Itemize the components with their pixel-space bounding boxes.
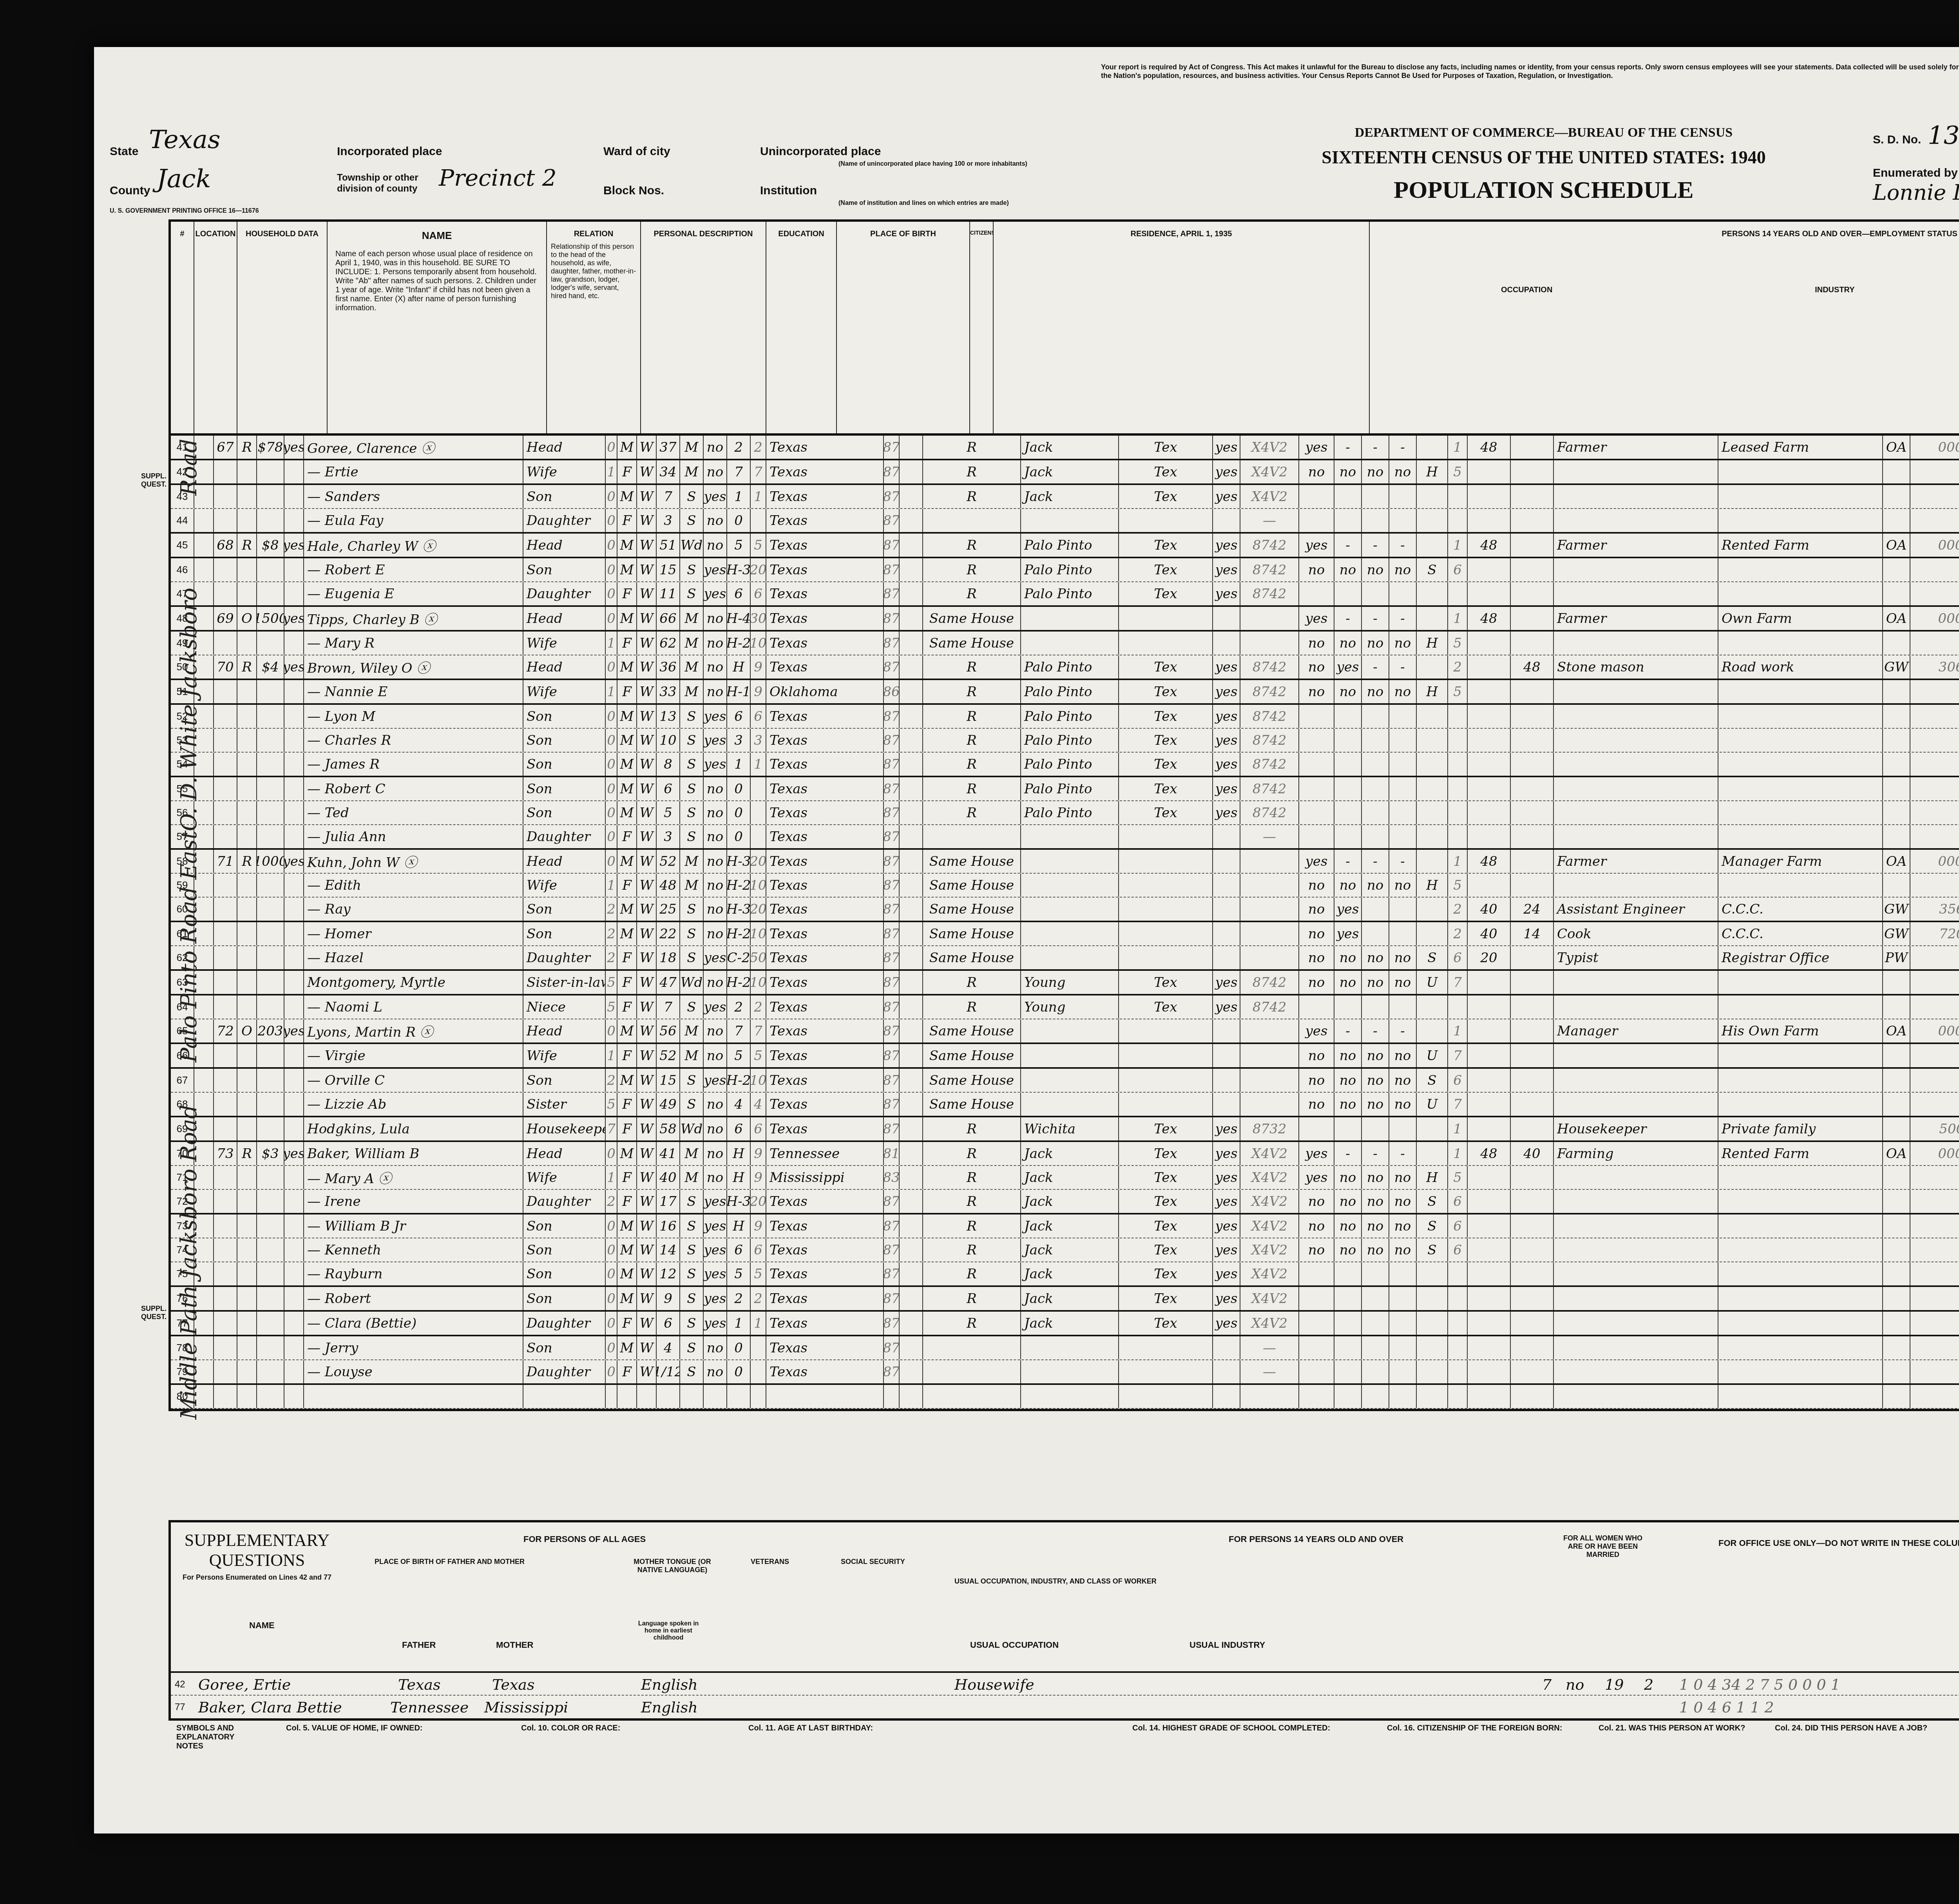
cell-code-b [751, 825, 766, 848]
cell-farm35 [1213, 1360, 1240, 1383]
cell-farm: yes [284, 850, 304, 873]
cell-occ [1554, 558, 1718, 581]
cell-cit [900, 436, 923, 459]
cell-birth: Texas [766, 946, 884, 969]
cell-sch: no [704, 922, 727, 945]
cell-work: yes [1299, 607, 1334, 630]
cell-res-city: R [923, 777, 1021, 800]
cell-grade: 6 [727, 1117, 751, 1140]
cell-house [214, 1238, 237, 1261]
cell-code-a: 1 [606, 1166, 617, 1189]
cell-c25 [1417, 509, 1448, 532]
cell-rel: Wife [523, 632, 606, 655]
cell-res-city: R [923, 753, 1021, 776]
cell-hrs [1468, 1312, 1511, 1335]
cell-res-state [1119, 1069, 1213, 1092]
cell-name: — Jerry [304, 1336, 523, 1359]
cell-res-county [1021, 946, 1119, 969]
cell-sch: no [704, 1093, 727, 1116]
cell-ind [1718, 1093, 1883, 1116]
cell-c24 [1389, 509, 1417, 532]
cell-occ [1554, 1360, 1718, 1383]
cell-occ [1554, 1336, 1718, 1359]
cell-res-county [1021, 1093, 1119, 1116]
cell-cls [1883, 1312, 1910, 1335]
cell-ind [1718, 753, 1883, 776]
cell-age: 36 [657, 655, 680, 679]
cell-age: 14 [657, 1238, 680, 1261]
cell-value: 203 [257, 1019, 284, 1042]
cell-ind: C.C.C. [1718, 898, 1883, 921]
cell-res-county: Jack [1021, 1312, 1119, 1335]
table-row: 52— Lyon MSon0MW13Syes66Texas87RPalo Pin… [171, 705, 1959, 729]
cell-rel [523, 1385, 606, 1408]
cell-code-d [1240, 1019, 1299, 1042]
cell-age: 3 [657, 509, 680, 532]
cell-work: no [1299, 680, 1334, 703]
cell-sch: no [704, 850, 727, 873]
cell-mar: M [680, 1142, 704, 1165]
table-row: 54— James RSon0MW8Syes11Texas87RPalo Pin… [171, 753, 1959, 777]
cell-c22: - [1334, 850, 1362, 873]
cell-hrs: 48 [1468, 534, 1511, 557]
cell-c24 [1389, 485, 1417, 508]
cell-c26 [1448, 582, 1468, 605]
cell-cit [900, 995, 923, 1019]
cell-work [1299, 582, 1334, 605]
cell-dur [1511, 680, 1554, 703]
cell-code-c: 87 [884, 729, 900, 752]
cell-sex: F [617, 680, 637, 703]
cell-res-state [1119, 874, 1213, 897]
cell-code-a: 0 [606, 534, 617, 557]
cell-farm35 [1213, 1044, 1240, 1067]
cell-house [214, 680, 237, 703]
cell-c25: S [1417, 1238, 1448, 1261]
cell-sch: yes [704, 705, 727, 728]
cell-value [257, 874, 284, 897]
explanatory-notes: SYMBOLS AND EXPLANATORY NOTES Col. 5. VA… [168, 1720, 1959, 1822]
cell-name: — William B Jr [304, 1214, 523, 1238]
cell-res-state: Tex [1119, 1238, 1213, 1261]
cell-grade: H-2 [727, 632, 751, 655]
cell-race: W [637, 898, 657, 921]
cell-sex: F [617, 632, 637, 655]
cell-code-c: 87 [884, 1190, 900, 1213]
cell-own: R [237, 850, 257, 873]
cell-farm [284, 825, 304, 848]
cell-street [194, 509, 214, 532]
cell-farm35 [1213, 632, 1240, 655]
cell-value [257, 946, 284, 969]
cell-grade: 7 [727, 1019, 751, 1042]
cell-c22 [1334, 1360, 1362, 1383]
cell-rel: Son [523, 705, 606, 728]
cell-hrs [1468, 1069, 1511, 1092]
cell-dur: 40 [1511, 1142, 1554, 1165]
cell-grade: 4 [727, 1093, 751, 1116]
cell-code-d [1240, 874, 1299, 897]
cell-value [257, 1238, 284, 1261]
cell-name: — Ertie [304, 460, 523, 483]
cell-farm [284, 509, 304, 532]
cell-code-f [1910, 753, 1959, 776]
cell-code-c: 83 [884, 1166, 900, 1189]
cell-mar: S [680, 1312, 704, 1335]
cell-race: W [637, 825, 657, 848]
cell-name: Hodgkins, Lula [304, 1117, 523, 1140]
cell-farm35: yes [1213, 1190, 1240, 1213]
cell-code-f [1910, 1190, 1959, 1213]
cell-code-d: X4V2 [1240, 460, 1299, 483]
cell-farm35: yes [1213, 485, 1240, 508]
mother-tongue-header: MOTHER TONGUE (OR NATIVE LANGUAGE) [629, 1558, 715, 1574]
cell-farm [284, 995, 304, 1019]
cell-c26: 2 [1448, 922, 1468, 945]
cell-name: — Robert [304, 1287, 523, 1310]
cell-farm35: yes [1213, 436, 1240, 459]
cell-code-a: 0 [606, 607, 617, 630]
cell-code-a: 0 [606, 582, 617, 605]
cell-work [1299, 1336, 1334, 1359]
cell-mar: S [680, 1360, 704, 1383]
cell-cls: OA [1883, 1142, 1910, 1165]
cell-code-f [1910, 680, 1959, 703]
cell-race: W [637, 1117, 657, 1140]
cell-house [214, 729, 237, 752]
cell-age: 52 [657, 1044, 680, 1067]
cell-name: — Mary R [304, 632, 523, 655]
cell-res-county: Palo Pinto [1021, 777, 1119, 800]
cell-code-d: 8742 [1240, 582, 1299, 605]
cell-farm35: yes [1213, 1312, 1240, 1335]
cell-res-state [1119, 898, 1213, 921]
cell-sex: M [617, 1287, 637, 1310]
cell-code-d: X4V2 [1240, 1238, 1299, 1261]
cell-code-b [751, 801, 766, 824]
cell-c24: - [1389, 850, 1417, 873]
cell-res-state [1119, 922, 1213, 945]
col-father-header: FATHER [402, 1640, 436, 1650]
cell-race: W [637, 607, 657, 630]
cell-res-state [1119, 1336, 1213, 1359]
cell-occ: Farming [1554, 1142, 1718, 1165]
cell-race: W [637, 1044, 657, 1067]
table-row: 67— Orville CSon2MW15SyesH-210Texas87Sam… [171, 1069, 1959, 1093]
cell-res-county [1021, 1385, 1119, 1408]
cell-code-d: X4V2 [1240, 1142, 1299, 1165]
cell-dur [1511, 558, 1554, 581]
cell-c26: 6 [1448, 1069, 1468, 1092]
cell-race: W [637, 1360, 657, 1383]
cell-ind [1718, 1312, 1883, 1335]
cell-work [1299, 753, 1334, 776]
cell-code-c: 87 [884, 898, 900, 921]
cell-ind [1718, 1069, 1883, 1092]
cell-farm [284, 1385, 304, 1408]
cell-hrs [1468, 995, 1511, 1019]
cell-code-a: 1 [606, 632, 617, 655]
department-title: DEPARTMENT OF COMMERCE—BUREAU OF THE CEN… [1269, 125, 1818, 140]
cell-res-county: Palo Pinto [1021, 753, 1119, 776]
cell-res-city [923, 1385, 1021, 1408]
cell-sch: no [704, 825, 727, 848]
cell-work: yes [1299, 850, 1334, 873]
township-value: Precinct 2 [439, 165, 557, 191]
cell-cit [900, 1019, 923, 1042]
cell-value [257, 485, 284, 508]
cell-c22 [1334, 1336, 1362, 1359]
cell-c22: no [1334, 680, 1362, 703]
cell-farm35: yes [1213, 753, 1240, 776]
cell-hrs: 48 [1468, 850, 1511, 873]
notes-col16: Col. 16. CITIZENSHIP OF THE FOREIGN BORN… [1387, 1724, 1562, 1733]
cell-work: no [1299, 946, 1334, 969]
cell-code-f: 000 VV 4 [1910, 1142, 1959, 1165]
cell-race: W [637, 1166, 657, 1189]
cell-cit [900, 1069, 923, 1092]
cell-res-county [1021, 1360, 1119, 1383]
cell-code-d [1240, 1093, 1299, 1116]
cell-grade: 3 [727, 729, 751, 752]
cell-work: no [1299, 922, 1334, 945]
cell-farm [284, 558, 304, 581]
cell-birth: Texas [766, 1190, 884, 1213]
cell-code-f: 720 97 2 [1910, 922, 1959, 945]
cell-cit [900, 922, 923, 945]
supp-married-more: no [1566, 1676, 1584, 1693]
cell-street [194, 534, 214, 557]
cell-code-b: 7 [751, 460, 766, 483]
cell-sch: yes [704, 1190, 727, 1213]
cell-c25: S [1417, 1214, 1448, 1238]
cell-code-a: 0 [606, 753, 617, 776]
cell-code-a: 2 [606, 946, 617, 969]
cell-dur [1511, 1262, 1554, 1285]
supp-mother: Mississippi [484, 1699, 568, 1716]
cell-cls [1883, 1262, 1910, 1285]
ward-label: Ward of city [603, 145, 670, 158]
cell-c25 [1417, 1142, 1448, 1165]
cell-grade: 1 [727, 485, 751, 508]
cell-code-f [1910, 971, 1959, 994]
cell-code-a: 0 [606, 558, 617, 581]
cell-sex: M [617, 922, 637, 945]
unincorporated-note: (Name of unincorporated place having 100… [838, 161, 1027, 168]
cell-value [257, 632, 284, 655]
cell-sex: M [617, 705, 637, 728]
cell-code-a: 0 [606, 777, 617, 800]
cell-occ [1554, 485, 1718, 508]
cell-age: 7 [657, 995, 680, 1019]
cell-age: 25 [657, 898, 680, 921]
cell-c26: 5 [1448, 632, 1468, 655]
suppl-marker-77: SUPPL. QUEST. [141, 1305, 165, 1321]
cell-house [214, 1336, 237, 1359]
cell-value [257, 582, 284, 605]
cell-own [237, 874, 257, 897]
cell-ind: Leased Farm [1718, 436, 1883, 459]
cell-house [214, 922, 237, 945]
cell-name: — Virgie [304, 1044, 523, 1067]
employment-subheads: OCCUPATION INDUSTRY INCOME IN 1939 [1370, 286, 1959, 295]
cell-rel: Niece [523, 995, 606, 1019]
cell-farm35 [1213, 898, 1240, 921]
cell-code-b: 7 [751, 1019, 766, 1042]
cell-res-state: Tex [1119, 705, 1213, 728]
cell-c25 [1417, 485, 1448, 508]
cell-res-county [1021, 850, 1119, 873]
cell-birth: Texas [766, 801, 884, 824]
cell-code-d: X4V2 [1240, 436, 1299, 459]
state-value: Texas [149, 125, 221, 154]
cell-rel: Wife [523, 874, 606, 897]
cell-name: — Kenneth [304, 1238, 523, 1261]
cell-birth: Texas [766, 509, 884, 532]
cell-farm [284, 460, 304, 483]
cell-dur [1511, 607, 1554, 630]
cell-hrs: 48 [1468, 436, 1511, 459]
cell-mar: S [680, 1238, 704, 1261]
cell-farm35 [1213, 1093, 1240, 1116]
cell-code-c: 87 [884, 753, 900, 776]
cell-code-d: 8742 [1240, 534, 1299, 557]
cell-sch: no [704, 534, 727, 557]
cell-work: no [1299, 1190, 1334, 1213]
table-row: 5070R$4yesBrown, Wiley O ⓧHead0MW36MnoH9… [171, 655, 1959, 680]
cell-c22 [1334, 485, 1362, 508]
cell-cls [1883, 1044, 1910, 1067]
cell-code-b: 10 [751, 632, 766, 655]
cell-work [1299, 485, 1334, 508]
cell-c25: H [1417, 460, 1448, 483]
printing-office: U. S. GOVERNMENT PRINTING OFFICE 16—1167… [110, 208, 259, 215]
cell-c23: no [1362, 558, 1389, 581]
cell-hrs [1468, 460, 1511, 483]
cell-c26 [1448, 1287, 1468, 1310]
relation-instructions: Relationship of this person to the head … [547, 239, 640, 304]
cell-sch [704, 1385, 727, 1408]
table-row: 7073R$3yesBaker, William BHead0MW41MnoH9… [171, 1142, 1959, 1166]
cell-dur [1511, 705, 1554, 728]
cell-age: 7 [657, 485, 680, 508]
cell-work [1299, 825, 1334, 848]
cell-occ [1554, 1312, 1718, 1335]
cell-code-a: 0 [606, 1262, 617, 1285]
cell-own [237, 753, 257, 776]
cell-cit [900, 509, 923, 532]
cell-work: yes [1299, 1166, 1334, 1189]
cell-sch: yes [704, 995, 727, 1019]
cell-mar: S [680, 825, 704, 848]
cell-race: W [637, 485, 657, 508]
cell-own [237, 632, 257, 655]
cell-sex: F [617, 1044, 637, 1067]
cell-sex: M [617, 485, 637, 508]
supp-father: Tennessee [390, 1699, 469, 1716]
cell-code-f [1910, 729, 1959, 752]
cell-code-c: 87 [884, 1238, 900, 1261]
cell-sch: yes [704, 1238, 727, 1261]
cell-mar: M [680, 1044, 704, 1067]
cell-cls: GW [1883, 922, 1910, 945]
cell-sex: F [617, 946, 637, 969]
cell-race: W [637, 632, 657, 655]
cell-work [1299, 801, 1334, 824]
cell-code-a: 1 [606, 680, 617, 703]
cell-dur [1511, 1117, 1554, 1140]
cell-c23: no [1362, 1093, 1389, 1116]
cell-c26: 1 [1448, 1117, 1468, 1140]
cell-ind [1718, 632, 1883, 655]
cell-cls [1883, 680, 1910, 703]
cell-farm35 [1213, 1385, 1240, 1408]
cell-house [214, 1262, 237, 1285]
cell-own [237, 705, 257, 728]
cell-c26 [1448, 1312, 1468, 1335]
cell-cls: GW [1883, 898, 1910, 921]
street-label: Palo Pinto Road East [176, 831, 202, 1062]
cell-code-a: 7 [606, 1117, 617, 1140]
cell-c24: no [1389, 1166, 1417, 1189]
cell-code-a: 0 [606, 436, 617, 459]
cell-birth: Texas [766, 1117, 884, 1140]
cell-res-city: R [923, 582, 1021, 605]
cell-mar: M [680, 680, 704, 703]
cell-sch: no [704, 632, 727, 655]
cell-sex: M [617, 1069, 637, 1092]
cell-race: W [637, 946, 657, 969]
cell-res-state [1119, 946, 1213, 969]
cell-rel: Son [523, 801, 606, 824]
cell-c23: no [1362, 946, 1389, 969]
street-label: Middle Path Jacksboro Road [176, 1105, 202, 1420]
cell-sex: F [617, 582, 637, 605]
cell-work [1299, 1312, 1334, 1335]
cell-cls [1883, 1336, 1910, 1359]
cell-res-state: Tex [1119, 582, 1213, 605]
cell-farm35 [1213, 607, 1240, 630]
cell-farm35 [1213, 1336, 1240, 1359]
cell-farm [284, 922, 304, 945]
header-residence: RESIDENCE, APRIL 1, 1935 [994, 222, 1370, 433]
cell-house [214, 1117, 237, 1140]
cell-age: 48 [657, 874, 680, 897]
cell-res-city: Same House [923, 607, 1021, 630]
cell-res-state: Tex [1119, 1262, 1213, 1285]
cell-cls [1883, 632, 1910, 655]
table-row: 60— RaySon2MW25SnoH-320Texas87Same House… [171, 898, 1959, 922]
cell-farm35: yes [1213, 680, 1240, 703]
header-location: LOCATION [194, 222, 237, 433]
cell-ind [1718, 1166, 1883, 1189]
cell-c24 [1389, 1117, 1417, 1140]
cell-line: 46 [171, 558, 194, 581]
table-row: 61— HomerSon2MW22SnoH-210Texas87Same Hou… [171, 922, 1959, 946]
cell-code-a: 0 [606, 1287, 617, 1310]
cell-name [304, 1385, 523, 1408]
cell-c22 [1334, 1117, 1362, 1140]
cell-c22 [1334, 825, 1362, 848]
cell-farm35: yes [1213, 777, 1240, 800]
cell-hrs [1468, 1019, 1511, 1042]
cell-mar: S [680, 1093, 704, 1116]
cell-res-city: R [923, 485, 1021, 508]
cell-farm [284, 1190, 304, 1213]
cell-birth: Texas [766, 729, 884, 752]
cell-rel: Son [523, 1214, 606, 1238]
cell-own [237, 729, 257, 752]
